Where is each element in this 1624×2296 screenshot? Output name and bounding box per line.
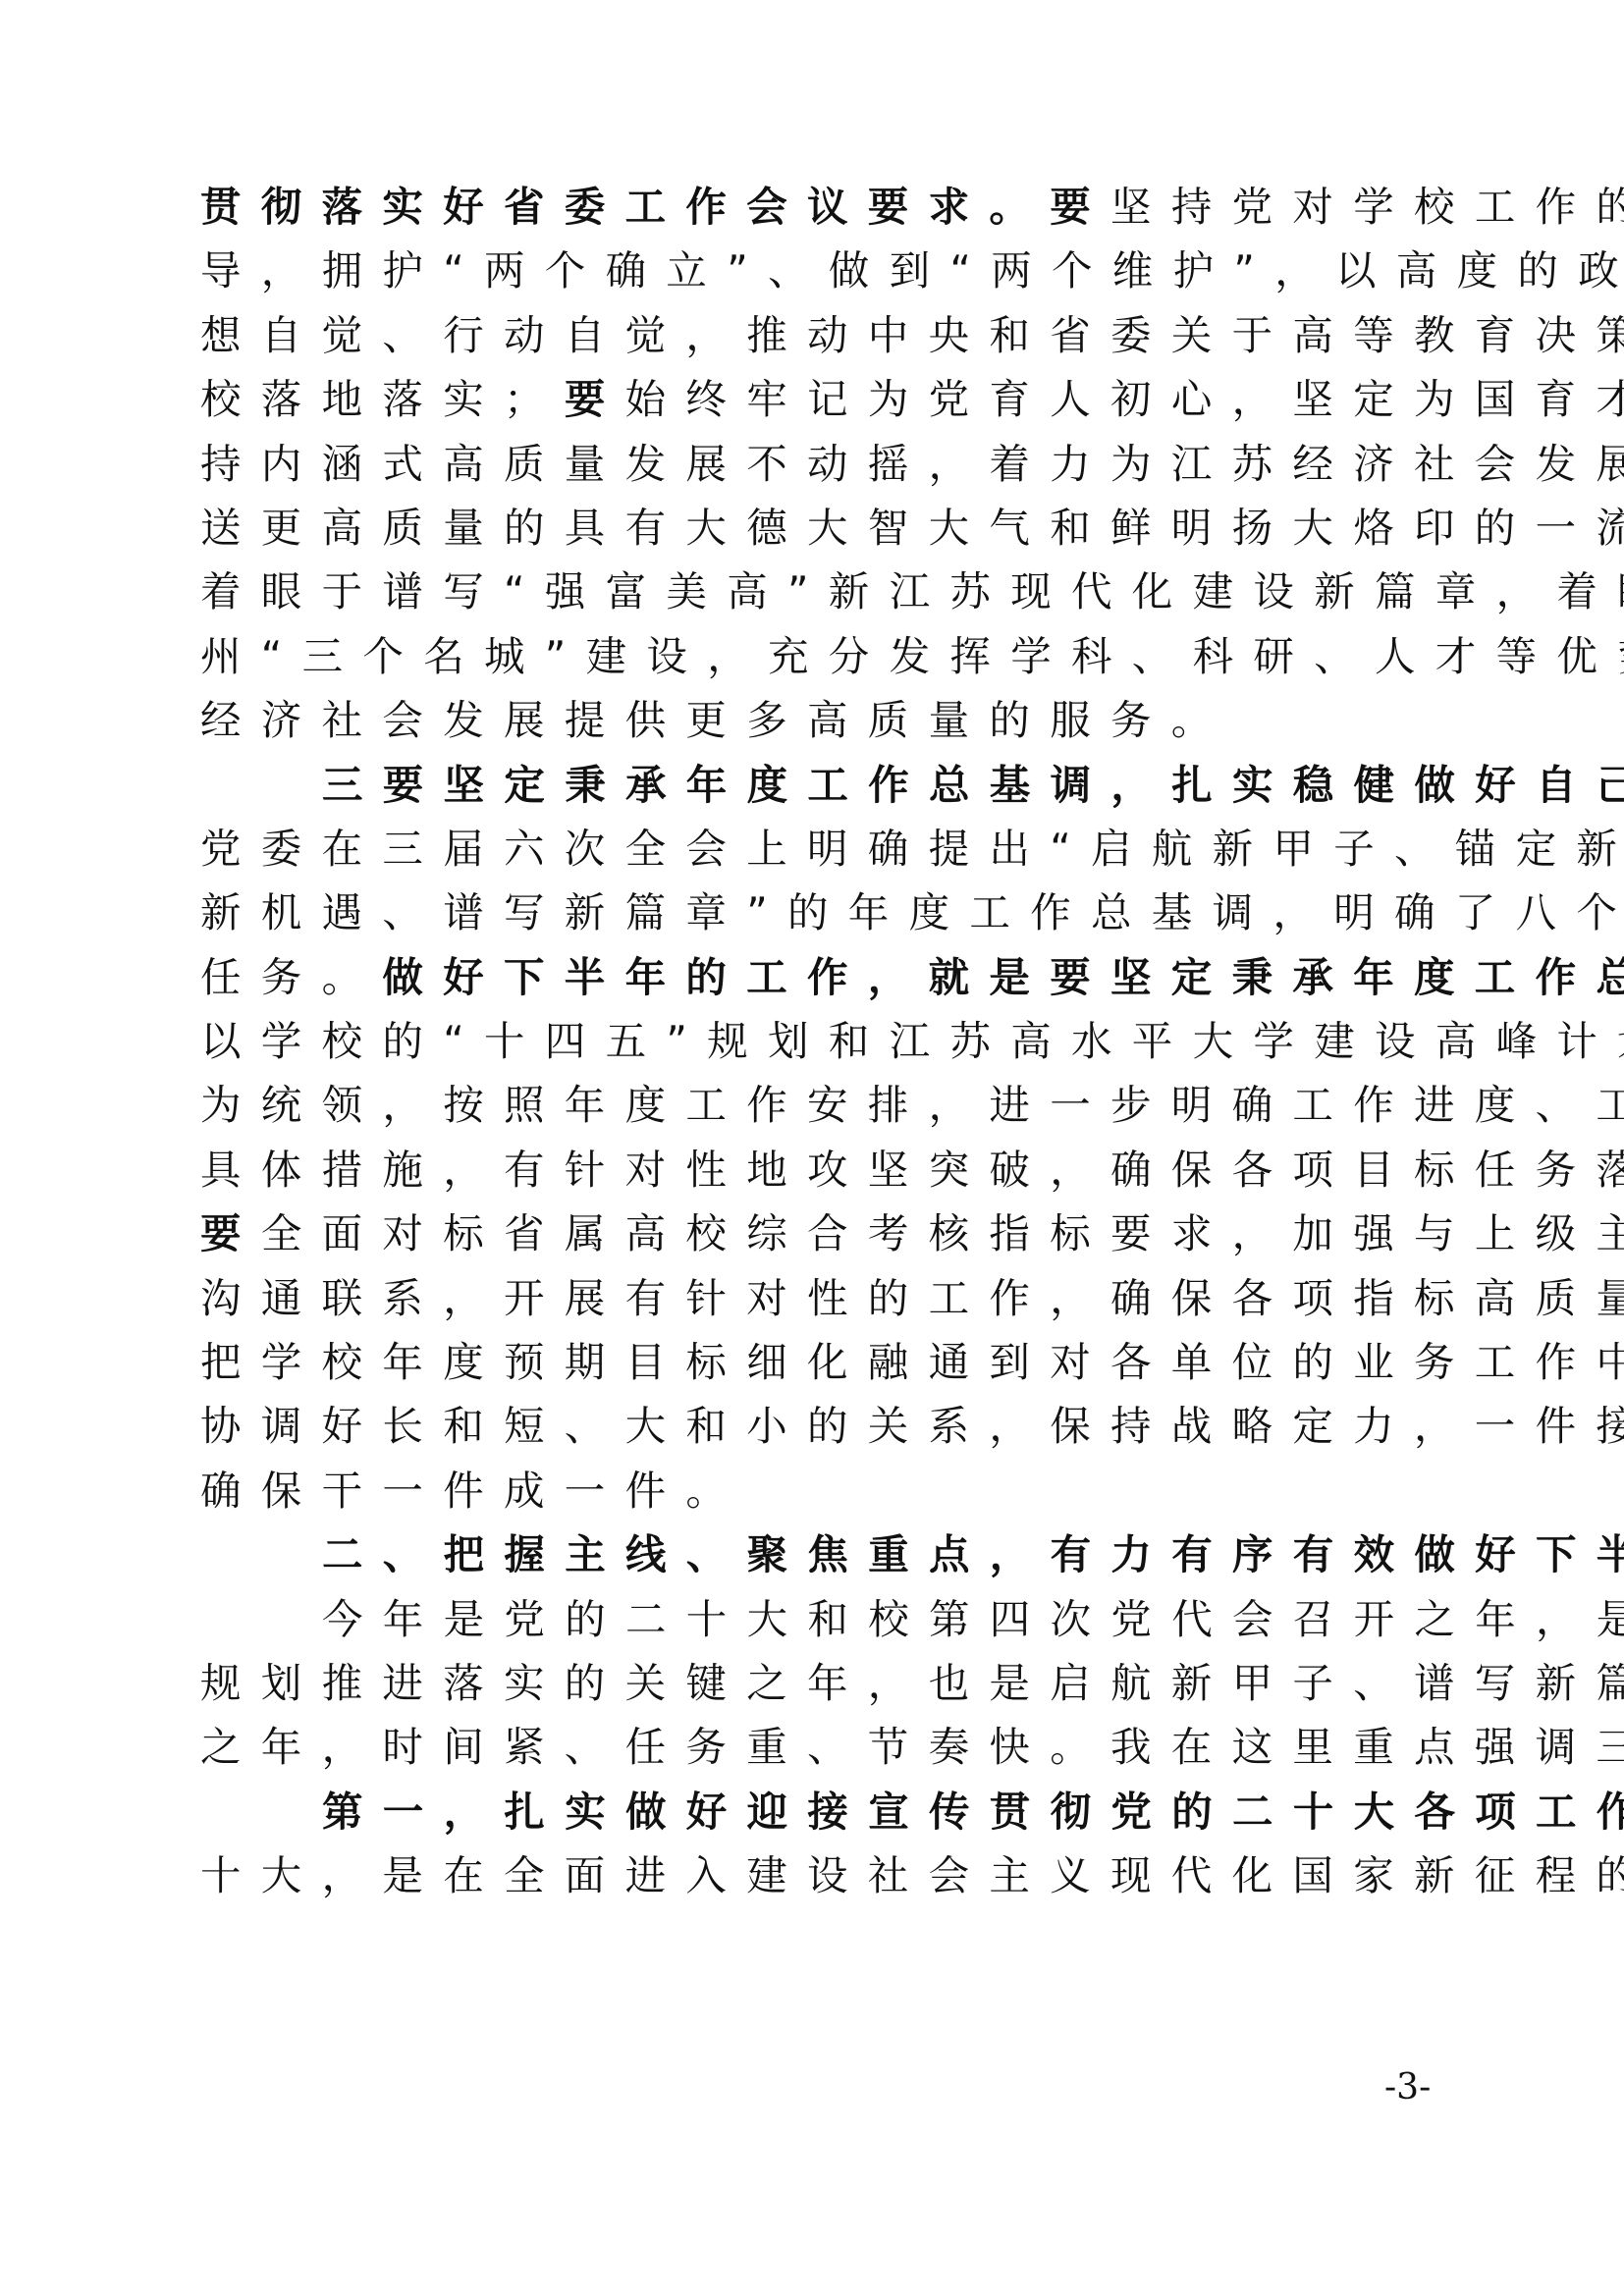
text-segment: 今年是党的二十大和校第四次党代会召开之年，是“十四五” — [322, 1595, 1624, 1643]
document-page: 贯彻落实好省委工作会议要求。要坚持党对学校工作的全面领导，拥护“两个确立”、做到… — [200, 175, 1430, 1908]
text-line: 今年是党的二十大和校第四次党代会召开之年，是“十四五” — [200, 1587, 1430, 1651]
text-line: 州“三个名城”建设，充分发挥学科、科研、人才等优势，为江苏 — [200, 624, 1430, 688]
text-segment: 以学校的“十四五”规划和江苏高水平大学建设高峰计划建设方案 — [200, 1017, 1624, 1065]
text-line: 把学校年度预期目标细化融通到对各单位的业务工作中去，统筹 — [200, 1330, 1430, 1394]
page-number: -3- — [1384, 2067, 1431, 2108]
text-line: 任务。做好下半年的工作，就是要坚定秉承年度工作总基调。要 — [200, 945, 1430, 1009]
text-line: 具体措施，有针对性地攻坚突破，确保各项目标任务落地落实； — [200, 1138, 1430, 1201]
text-segment: 想自觉、行动自觉，推动中央和省委关于高等教育决策部署在学 — [200, 311, 1624, 359]
text-line: 导，拥护“两个确立”、做到“两个维护”，以高度的政治自觉、思 — [200, 239, 1430, 302]
text-line: 规划推进落实的关键之年，也是启航新甲子、谱写新篇章的起步 — [200, 1651, 1430, 1715]
text-segment: 导，拥护“两个确立”、做到“两个维护”，以高度的政治自觉、思 — [200, 246, 1624, 294]
text-segment: 具体措施，有针对性地攻坚突破，确保各项目标任务落地落实； — [200, 1146, 1624, 1194]
text-segment: 把学校年度预期目标细化融通到对各单位的业务工作中去，统筹 — [200, 1338, 1624, 1386]
bold-text-segment: 贯彻落实好省委工作会议要求。 — [200, 183, 1050, 231]
text-line: 以学校的“十四五”规划和江苏高水平大学建设高峰计划建设方案 — [200, 1009, 1430, 1073]
text-line: 想自觉、行动自觉，推动中央和省委关于高等教育决策部署在学 — [200, 303, 1430, 367]
heading-text-segment: 第一，扎实做好迎接宣传贯彻党的二十大各项工作。 — [322, 1788, 1624, 1836]
text-segment: 规划推进落实的关键之年，也是启航新甲子、谱写新篇章的起步 — [200, 1659, 1624, 1707]
text-segment: 任务。 — [200, 953, 382, 1001]
text-segment: 经济社会发展提供更多高质量的服务。 — [200, 696, 1232, 744]
bold-text-segment: 做好下半年的工作，就是要坚定秉承年度工作总基调。要 — [382, 953, 1624, 1001]
bold-text-segment: 二、把握主线、聚焦重点，有力有序有效做好下半年工作 — [322, 1530, 1624, 1578]
text-segment: 着眼于谱写“强富美高”新江苏现代化建设新篇章，着眼于加快扬 — [200, 567, 1624, 615]
text-line: 为统领，按照年度工作安排，进一步明确工作进度、工作时限、 — [200, 1073, 1430, 1137]
text-line: 校落地落实；要始终牢记为党育人初心，坚定为国育才立场，坚 — [200, 367, 1430, 431]
text-segment: 十大，是在全面进入建设社会主义现代化国家新征程的关键时刻 — [200, 1851, 1624, 1899]
text-line: 三要坚定秉承年度工作总基调，扎实稳健做好自己的事。校 — [200, 753, 1430, 817]
text-line: 要全面对标省属高校综合考核指标要求，加强与上级主管部门的 — [200, 1201, 1430, 1265]
text-segment: 协调好长和短、大和小的关系，保持战略定力，一件接着一件干， — [200, 1402, 1624, 1450]
text-line: 送更高质量的具有大德大智大气和鲜明扬大烙印的一流人才；要 — [200, 496, 1430, 560]
heading-text-segment: 三要坚定秉承年度工作总基调，扎实稳健做好自己的事。 — [322, 761, 1624, 809]
bold-text-segment: 要 — [200, 1209, 261, 1257]
text-line: 持内涵式高质量发展不动摇，着力为江苏经济社会发展培养、输 — [200, 432, 1430, 496]
text-segment: 校落地落实； — [200, 375, 565, 423]
text-line: 沟通联系，开展有针对性的工作，确保各项指标高质量达标；要 — [200, 1266, 1430, 1330]
text-segment: 沟通联系，开展有针对性的工作，确保各项指标高质量达标； — [200, 1274, 1624, 1322]
bold-text-segment: 要 — [565, 375, 625, 423]
text-segment: 持内涵式高质量发展不动摇，着力为江苏经济社会发展培养、输 — [200, 440, 1624, 488]
text-line: 之年，时间紧、任务重、节奏快。我在这里重点强调三项工作。 — [200, 1715, 1430, 1779]
text-segment: 全面对标省属高校综合考核指标要求，加强与上级主管部门的 — [261, 1209, 1624, 1257]
text-segment: 始终牢记为党育人初心，坚定为国育才立场，坚 — [625, 375, 1624, 423]
text-line: 十大，是在全面进入建设社会主义现代化国家新征程的关键时刻 — [200, 1843, 1430, 1907]
text-segment: 新机遇、谱写新篇章”的年度工作总基调，明确了八个方面的重点 — [200, 888, 1624, 936]
text-segment: 州“三个名城”建设，充分发挥学科、科研、人才等优势，为江苏 — [200, 632, 1624, 680]
text-segment: 为统领，按照年度工作安排，进一步明确工作进度、工作时限、 — [200, 1081, 1624, 1129]
text-line: 二、把握主线、聚焦重点，有力有序有效做好下半年工作 — [200, 1522, 1430, 1586]
text-segment: 之年，时间紧、任务重、节奏快。我在这里重点强调三项工作。 — [200, 1723, 1624, 1771]
text-line: 协调好长和短、大和小的关系，保持战略定力，一件接着一件干， — [200, 1394, 1430, 1458]
text-line: 第一，扎实做好迎接宣传贯彻党的二十大各项工作。党的二 — [200, 1780, 1430, 1843]
text-segment: 坚持党对学校工作的全面领 — [1110, 183, 1624, 231]
text-segment: 党委在三届六次全会上明确提出“启航新甲子、锚定新目标、抢抓 — [200, 825, 1624, 873]
text-line: 党委在三届六次全会上明确提出“启航新甲子、锚定新目标、抢抓 — [200, 817, 1430, 881]
bold-text-segment: 要 — [1050, 183, 1110, 231]
text-segment: 确保干一件成一件。 — [200, 1467, 746, 1515]
text-line: 新机遇、谱写新篇章”的年度工作总基调，明确了八个方面的重点 — [200, 881, 1430, 944]
text-segment: 送更高质量的具有大德大智大气和鲜明扬大烙印的一流人才； — [200, 504, 1624, 552]
text-line: 确保干一件成一件。 — [200, 1459, 1430, 1522]
text-line: 贯彻落实好省委工作会议要求。要坚持党对学校工作的全面领 — [200, 175, 1430, 239]
text-line: 着眼于谱写“强富美高”新江苏现代化建设新篇章，着眼于加快扬 — [200, 560, 1430, 623]
text-line: 经济社会发展提供更多高质量的服务。 — [200, 688, 1430, 752]
